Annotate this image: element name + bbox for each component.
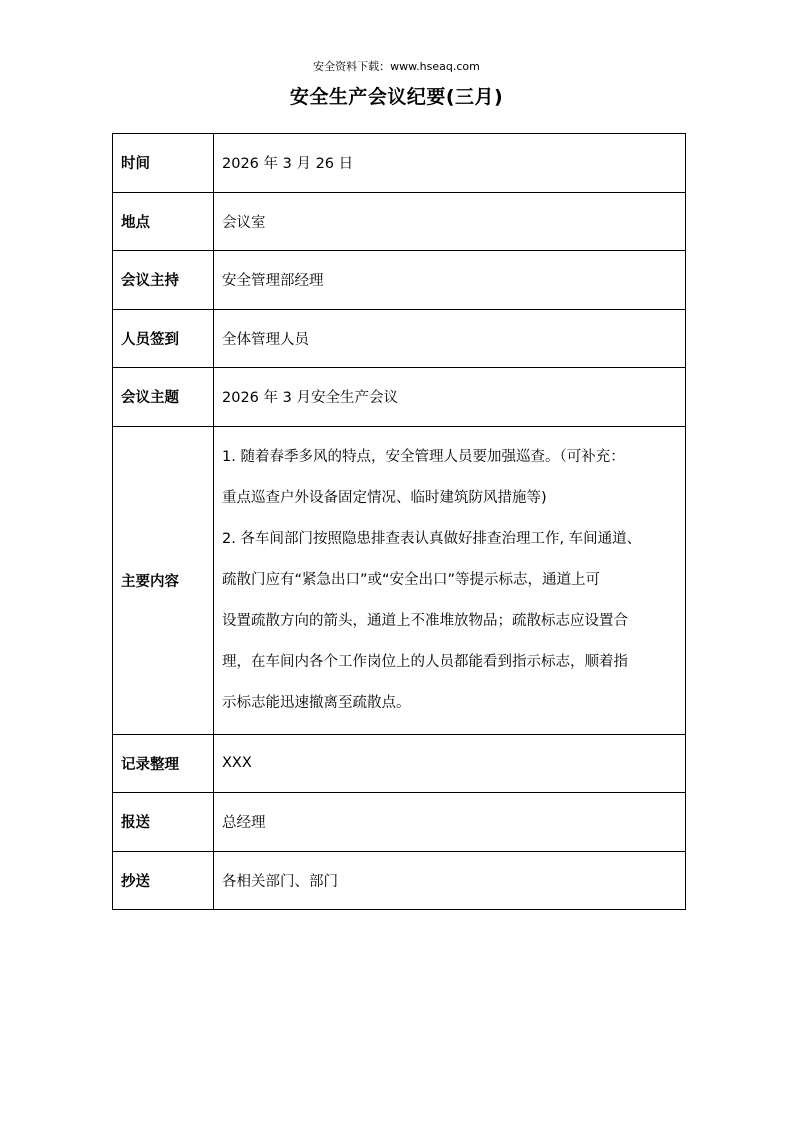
label-location: 地点 (113, 192, 214, 251)
content-line: 设置疏散方向的箭头，通道上不准堆放物品；疏散标志应设置合 (222, 601, 677, 642)
label-attendance: 人员签到 (113, 309, 214, 368)
label-recorder: 记录整理 (113, 734, 214, 793)
label-cc: 抄送 (113, 851, 214, 910)
value-topic: 2026 年 3 月安全生产会议 (214, 368, 686, 427)
content-line: 1. 随着春季多风的特点，安全管理人员要加强巡查。（可补充： (222, 437, 677, 478)
row-recorder: 记录整理 XXX (113, 734, 686, 793)
label-host: 会议主持 (113, 251, 214, 310)
row-report-to: 报送 总经理 (113, 793, 686, 852)
content-line: 重点巡查户外设备固定情况、临时建筑防风措施等) (222, 478, 677, 519)
row-cc: 抄送 各相关部门、部门 (113, 851, 686, 910)
label-report-to: 报送 (113, 793, 214, 852)
value-time: 2026 年 3 月 26 日 (214, 134, 686, 193)
download-header: 安全资料下载：www.hseaq.com (0, 58, 793, 74)
value-host: 安全管理部经理 (214, 251, 686, 310)
row-time: 时间 2026 年 3 月 26 日 (113, 134, 686, 193)
row-attendance: 人员签到 全体管理人员 (113, 309, 686, 368)
document-title: 安全生产会议纪要(三月) (0, 82, 793, 109)
value-cc: 各相关部门、部门 (214, 851, 686, 910)
value-attendance: 全体管理人员 (214, 309, 686, 368)
content-line: 理，在车间内各个工作岗位上的人员都能看到指示标志，顺着指 (222, 642, 677, 683)
content-line: 示标志能迅速撤离至疏散点。 (222, 683, 677, 724)
label-content: 主要内容 (113, 426, 214, 734)
content-line: 2. 各车间部门按照隐患排查表认真做好排查治理工作, 车间通道、 (222, 519, 677, 560)
label-topic: 会议主题 (113, 368, 214, 427)
row-topic: 会议主题 2026 年 3 月安全生产会议 (113, 368, 686, 427)
label-time: 时间 (113, 134, 214, 193)
content-line: 疏散门应有“紧急出口”或“安全出口”等提示标志，通道上可 (222, 560, 677, 601)
row-content: 主要内容 1. 随着春季多风的特点，安全管理人员要加强巡查。（可补充： 重点巡查… (113, 426, 686, 734)
row-host: 会议主持 安全管理部经理 (113, 251, 686, 310)
value-location: 会议室 (214, 192, 686, 251)
value-report-to: 总经理 (214, 793, 686, 852)
value-recorder: XXX (214, 734, 686, 793)
value-content: 1. 随着春季多风的特点，安全管理人员要加强巡查。（可补充： 重点巡查户外设备固… (214, 426, 686, 734)
meeting-minutes-table: 时间 2026 年 3 月 26 日 地点 会议室 会议主持 安全管理部经理 人… (112, 133, 686, 910)
row-location: 地点 会议室 (113, 192, 686, 251)
